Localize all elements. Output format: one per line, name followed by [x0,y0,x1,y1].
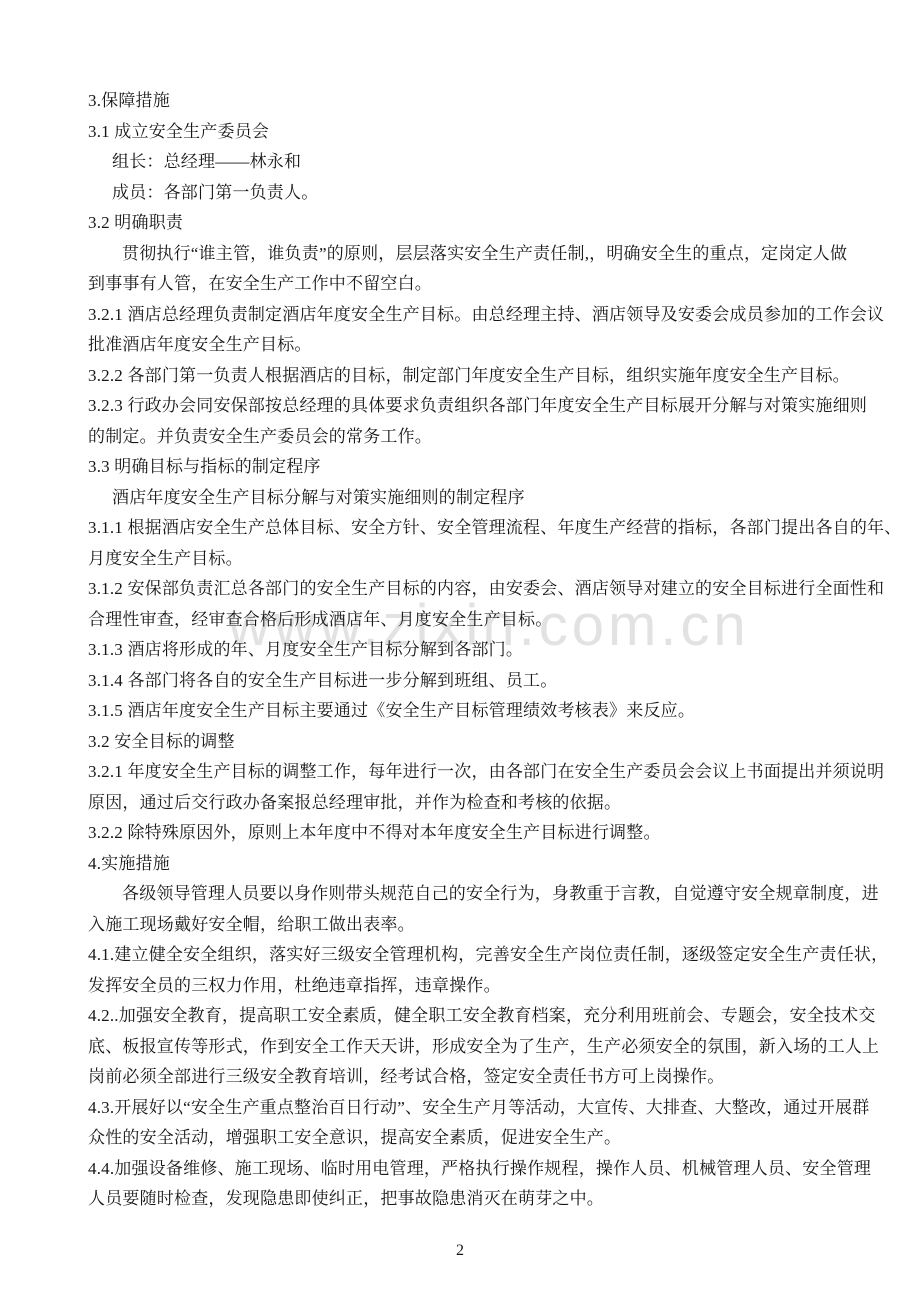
text-line: 3.2.2 除特殊原因外，原则上本年度中不得对本年度安全生产目标进行调整。 [88,818,878,849]
text-line: 月度安全生产目标。 [88,544,878,575]
text-line: 4.2..加强安全教育，提高职工安全素质，健全职工安全教育档案，充分利用班前会、… [88,1001,878,1032]
text-line: 入施工现场戴好安全帽，给职工做出表率。 [88,910,878,941]
text-line: 3.保障措施 [88,86,878,117]
page-number: 2 [0,1242,920,1260]
text-line: 的制定。并负责安全生产委员会的常务工作。 [88,422,878,453]
text-line: 酒店年度安全生产目标分解与对策实施细则的制定程序 [88,483,878,514]
text-line: 各级领导管理人员要以身作则带头规范自己的安全行为，身教重于言教，自觉遵守安全规章… [88,879,878,910]
text-line: 4.1.建立健全安全组织，落实好三级安全管理机构，完善安全生产岗位责任制，逐级签… [88,940,878,971]
text-line: 到事事有人管，在安全生产工作中不留空白。 [88,269,878,300]
text-line: 原因，通过后交行政办备案报总经理审批，并作为检查和考核的依据。 [88,788,878,819]
text-line: 3.2.1 酒店总经理负责制定酒店年度安全生产目标。由总经理主持、酒店领导及安委… [88,300,878,331]
text-line: 3.1.2 安保部负责汇总各部门的安全生产目标的内容，由安委会、酒店领导对建立的… [88,574,878,605]
text-line: 贯彻执行“谁主管，谁负责”的原则，层层落实安全生产责任制,，明确安全生的重点，定… [88,239,878,270]
text-line: 4.4.加强设备维修、施工现场、临时用电管理，严格执行操作规程，操作人员、机械管… [88,1154,878,1185]
text-line: 组长：总经理——林永和 [88,147,878,178]
text-line: 众性的安全活动，增强职工安全意识，提高安全素质，促进安全生产。 [88,1123,878,1154]
text-line: 3.2 明确职责 [88,208,878,239]
text-line: 4.3.开展好以“安全生产重点整治百日行动”、安全生产月等活动，大宣传、大排查、… [88,1093,878,1124]
text-line: 3.1.5 酒店年度安全生产目标主要通过《安全生产目标管理绩效考核表》来反应。 [88,696,878,727]
text-line: 3.2.2 各部门第一负责人根据酒店的目标，制定部门年度安全生产目标，组织实施年… [88,361,878,392]
text-line: 3.1.3 酒店将形成的年、月度安全生产目标分解到各部门。 [88,635,878,666]
text-line: 发挥安全员的三权力作用，杜绝违章指挥，违章操作。 [88,971,878,1002]
text-line: 3.1.1 根据酒店安全生产总体目标、安全方针、安全管理流程、年度生产经营的指标… [88,513,878,544]
text-line: 人员要随时检查，发现隐患即使纠正，把事故隐患消灭在萌芽之中。 [88,1184,878,1215]
text-line: 3.2.3 行政办会同安保部按总经理的具体要求负责组织各部门年度安全生产目标展开… [88,391,878,422]
text-line: 3.1.4 各部门将各自的安全生产目标进一步分解到班组、员工。 [88,666,878,697]
text-line: 3.2 安全目标的调整 [88,727,878,758]
text-line: 4.实施措施 [88,849,878,880]
text-line: 3.3 明确目标与指标的制定程序 [88,452,878,483]
text-line: 3.1 成立安全生产委员会 [88,117,878,148]
text-line: 3.2.1 年度安全生产目标的调整工作，每年进行一次，由各部门在安全生产委员会会… [88,757,878,788]
text-line: 批准酒店年度安全生产目标。 [88,330,878,361]
document-page: www.zixin.com.cn 3.保障措施3.1 成立安全生产委员会组长：总… [0,0,920,1302]
text-line: 岗前必须全部进行三级安全教育培训，经考试合格，签定安全责任书方可上岗操作。 [88,1062,878,1093]
text-line: 成员：各部门第一负责人。 [88,178,878,209]
text-line: 底、板报宣传等形式，作到安全工作天天讲，形成安全为了生产，生产必须安全的氛围，新… [88,1032,878,1063]
text-line: 合理性审查，经审查合格后形成酒店年、月度安全生产目标。 [88,605,878,636]
document-body: 3.保障措施3.1 成立安全生产委员会组长：总经理——林永和成员：各部门第一负责… [88,86,878,1215]
